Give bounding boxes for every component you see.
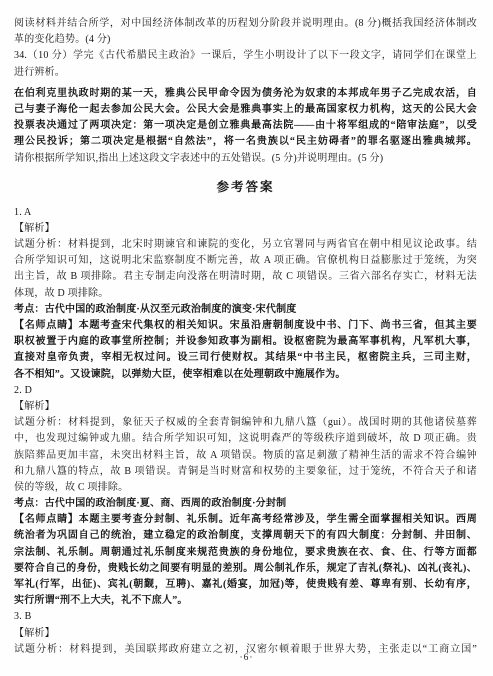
text-line: 【名师点睛】本题主要考查分封制、礼乐制。近年高考经常涉及，学生需全面掌握相关知识…: [14, 512, 477, 528]
text-line: 中，也发现过编钟或九鼎。结合所学知识可知，这说明森严的等级秩序道到破坏，故 D …: [14, 431, 477, 447]
text-line: 34.（10 分）学完《古代希腊民主政治》一课后，学生小明设计了以下一段文字，请…: [14, 48, 477, 64]
text-line: 要符合自己的身份，贵贱长幼之间要有明显的差别。周公制礼作乐，规定了吉礼(祭礼)、…: [14, 561, 477, 577]
text-line: 考点：古代中国的政治制度·从汉至元政治制度的演变·宋代制度: [14, 302, 477, 318]
text-line: 己与妻子海伦一起去参加公民大会。公民大会是雅典事实上的最高国家权力机构，这天的公…: [14, 102, 477, 118]
text-line: 在伯利克里执政时期的某一天，雅典公民甲命令因为债务沦为奴隶的本邦成年男子乙完成农…: [14, 86, 477, 102]
document-page: 阅读材料并结合所学，对中国经济体制改革的历程划分阶段并说明理由。(8 分)概括我…: [0, 0, 493, 676]
question-text-block: 阅读材料并结合所学，对中国经济体制改革的历程划分阶段并说明理由。(8 分)概括我…: [14, 16, 477, 81]
text-line: 实行所谓“刑不上大夫，礼不下庶人”。: [14, 593, 477, 609]
text-line: 3. B: [14, 609, 477, 625]
text-line: 1. A: [14, 205, 477, 221]
text-line: 族陪葬品更加丰富，未突出材料主旨，故 A 项错误。物质的富足刺激了精神生活的需求…: [14, 448, 477, 464]
text-line: 投票表决通过了两项决定：第一项决定是创立雅典最高法院——由十将军组成的“陪审法庭…: [14, 118, 477, 134]
scenario-text-block: 在伯利克里执政时期的某一天，雅典公民甲命令因为债务沦为奴隶的本邦成年男子乙完成农…: [14, 86, 477, 167]
text-line: 直接对皇帝负责，宰相无权过问。设三司行使财权。其结果“中书主民，枢密院主兵，三司…: [14, 350, 477, 366]
text-line: 军礼(行军，出征)、宾礼(朝觐，互聘)、嘉礼(婚宴，加冠)等，使贵贱有差、尊卑有…: [14, 577, 477, 593]
text-line: 体现，故 D 项排除。: [14, 286, 477, 302]
text-line: 【解析】: [14, 399, 477, 415]
text-line: 和九鼎八簋的特点，故 B 项错误。青铜是当时财富和权势的主要象征，过于笼统，不符…: [14, 464, 477, 480]
text-line: 侯的等级，故 C 项排除。: [14, 480, 477, 496]
text-line: 进行辨析。: [14, 65, 477, 81]
text-line: 理公民投诉；第二项决定是根据“自然法”，将一名贵族以“民主妨碍者”的罪名驱逐出雅…: [14, 134, 477, 150]
text-line: 统治者为巩固自己的统治，建立稳定的政治制度，支撑周朝天下的有四大制度：分封制、井…: [14, 528, 477, 544]
text-line: 【解析】: [14, 626, 477, 642]
text-line: 【解析】: [14, 221, 477, 237]
text-line: 出主旨，故 B 项排除。君主专制走向没落在明清时期，故 C 项错误。三省六部名存…: [14, 269, 477, 285]
text-line: 请你根据所学知识,指出上述这段文字表述中的五处错误。(5 分)并说明理由。(5 …: [14, 151, 477, 167]
text-line: 考点：古代中国的政治制度·夏、商、西周的政治制度·分封制: [14, 496, 477, 512]
text-line: 革的变化趋势。(4 分): [14, 32, 477, 48]
text-line: 阅读材料并结合所学，对中国经济体制改革的历程划分阶段并说明理由。(8 分)概括我…: [14, 16, 477, 32]
text-line: 试题分析：材料提到，北宋时期谏官和谏院的变化，另立官署同与两省官在朝中相见议论政…: [14, 237, 477, 253]
text-line: 职权被置于内庭的政事堂所控制；并设参知政事为副相。设枢密院为最高军事机构，凡军机…: [14, 334, 477, 350]
text-line: 宗法制、礼乐制。周朝通过礼乐制度来规范贵族的身份地位，要求贵族在衣、食、住、行等…: [14, 545, 477, 561]
text-line: 【名师点睛】本题考查宋代集权的相关知识。宋虽沿唐朝制度设中书、门下、尚书三省，但…: [14, 318, 477, 334]
answers-text-block: 1. A【解析】试题分析：材料提到，北宋时期谏官和谏院的变化，另立官署同与两省官…: [14, 205, 477, 658]
text-line: 试题分析：材料提到，象征天子权威的全套青铜编钟和九鼎八簋（gui）。战国时期的其…: [14, 415, 477, 431]
reference-answers-heading: 参考答案: [14, 179, 477, 196]
text-line: 2. D: [14, 383, 477, 399]
page-number-footer: ·6·: [0, 653, 493, 663]
text-line: 合所学知识可知，这说明北宋监察制度不断完善，故 A 项正确。官僚机构日益膨胀过于…: [14, 253, 477, 269]
text-line: 各不相知”。又设谏院，以弹劾大臣，使宰相难以在处理朝政中施展作为。: [14, 367, 477, 383]
